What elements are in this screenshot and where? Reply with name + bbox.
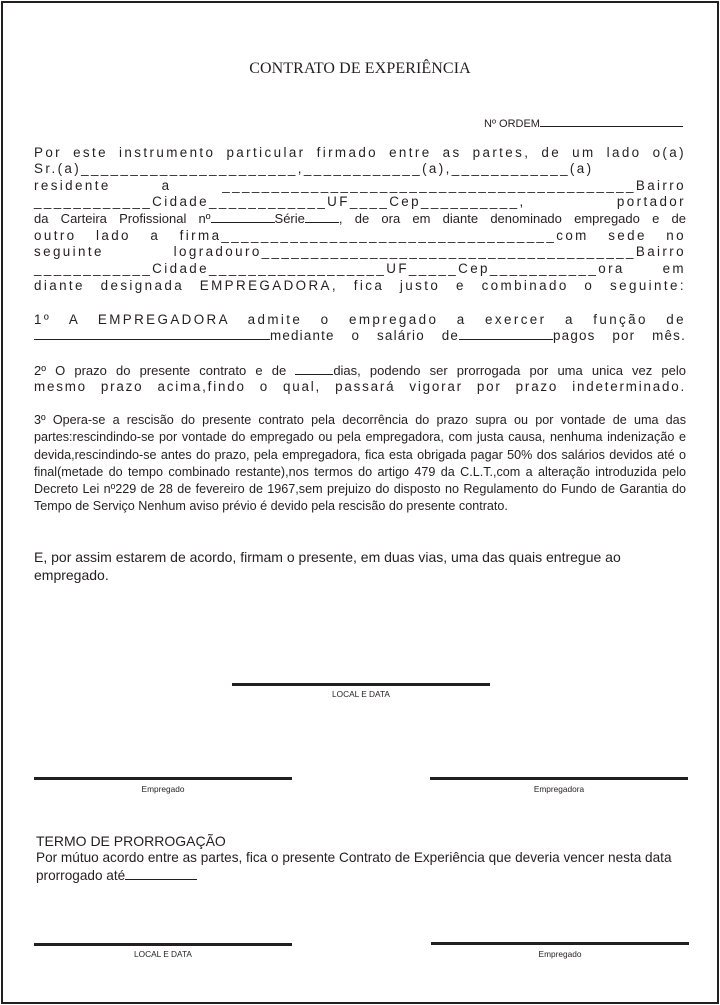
dias-blank[interactable] [295, 363, 333, 375]
carteira-line[interactable]: da Carteira Profissional nºSérie, de ora… [34, 211, 686, 228]
carteira-label: da Carteira Profissional nº [34, 211, 211, 226]
funcao-blank[interactable] [34, 328, 270, 340]
intro-line-4[interactable]: ____________Cidade____________UF____Cep_… [34, 194, 686, 211]
termo-empregado-label: Empregado [431, 949, 689, 959]
termo-title: TERMO DE PRORROGAÇÃO [36, 833, 226, 849]
local-data-signature-line[interactable] [232, 683, 490, 686]
intro-line-5[interactable]: outro lado a firma______________________… [34, 228, 686, 245]
carteira-number-blank[interactable] [211, 211, 275, 223]
ordem-label: Nº ORDEM [484, 118, 540, 130]
termo-local-data-signature-line[interactable] [34, 943, 292, 946]
termo-body: Por mútuo acordo entre as partes, fica o… [36, 850, 672, 865]
ordem-field[interactable]: Nº ORDEM [484, 116, 683, 130]
intro-line-6[interactable]: seguinte logradouro_____________________… [34, 244, 686, 261]
termo-local-data-label: LOCAL E DATA [34, 949, 292, 959]
termo-text: Por mútuo acordo entre as partes, fica o… [36, 849, 686, 884]
ordem-blank-line[interactable] [540, 116, 683, 127]
intro-line-7[interactable]: ____________Cidade__________________UF__… [34, 261, 686, 278]
empregadora-signature-line[interactable] [430, 777, 688, 780]
clause2-line1[interactable]: 2º O prazo do presente contrato e de dia… [34, 363, 686, 380]
salario-label: mediante o salário de [270, 328, 459, 343]
intro-line-2[interactable]: Sr.(a)______________________,___________… [34, 161, 686, 178]
pagos-label: pagos por mês. [553, 328, 686, 343]
clause2-start: 2º O prazo do presente contrato e de [34, 363, 295, 378]
document-title: CONTRATO DE EXPERIÊNCIA [0, 60, 720, 78]
closing-paragraph: E, por assim estarem de acordo, firmam o… [34, 548, 686, 584]
intro-line-8: diante designada EMPREGADORA, fica justo… [34, 278, 686, 295]
empregadora-label: Empregadora [430, 784, 688, 794]
local-data-label: LOCAL E DATA [232, 689, 490, 699]
prorrogado-label: prorrogado até [36, 868, 125, 883]
clause2-end: dias, podendo ser prorrogada por uma uni… [333, 363, 686, 378]
serie-blank[interactable] [305, 211, 339, 223]
prorrogado-blank[interactable] [125, 866, 197, 880]
intro-line-1: Por este instrumento particular firmado … [34, 145, 686, 162]
clause1-line2[interactable]: mediante o salário depagos por mês. [34, 328, 686, 345]
salario-blank[interactable] [459, 328, 553, 340]
serie-label: Série [275, 211, 305, 226]
clause3-paragraph: 3º Opera-se a rescisão do presente contr… [34, 412, 686, 516]
empregado-signature-line[interactable] [34, 777, 292, 780]
clause1-line1: 1º A EMPREGADORA admite o empregado a ex… [34, 312, 686, 329]
intro-line-3[interactable]: residente a ____________________________… [34, 178, 686, 195]
termo-empregado-signature-line[interactable] [431, 942, 689, 945]
empregado-label: Empregado [34, 784, 292, 794]
clause2-line2: mesmo prazo acima,findo o qual, passará … [34, 379, 686, 396]
carteira-continuation: , de ora em diante denominado empregado … [339, 211, 686, 226]
